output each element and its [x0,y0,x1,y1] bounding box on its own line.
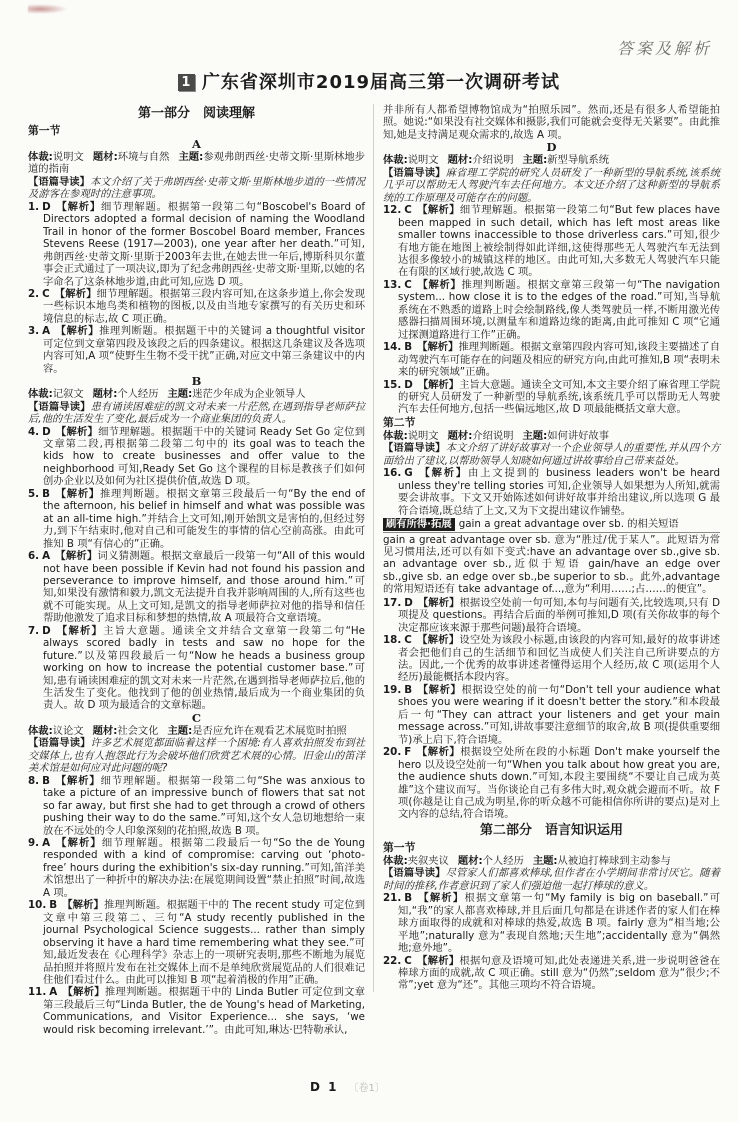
item-answer: A [49,986,57,998]
answer-book-page: 答案及解析 1广东省深圳市2019届高三第一次调研考试 第一部分 阅读理解 第一… [0,0,738,1122]
material-value: 环境与自然 [118,151,170,163]
item-number: 5. [28,488,39,500]
item-text: 推理判断题。根据题干中的 The recent study 可定位到文章中第三段… [43,899,365,986]
item-answer: B [42,775,50,787]
left-column: 第一部分 阅读理解 第一节 A 体裁:说明文题材:环境与自然主题:参观弗朗西丝·… [28,104,373,1036]
genre-value: 议论文 [53,725,84,737]
material-value: 社会文化 [117,725,158,737]
item-number: 13. [383,279,401,291]
theme-label: 主题: [168,725,193,737]
item-answer: C [42,288,50,300]
item-number: 4. [28,426,39,438]
theme-label: 主题: [523,154,548,166]
theme-label: 主题: [533,855,558,867]
item-number: 9. [28,837,39,849]
item-tag: 【解析】 [55,488,100,500]
passage-meta: 体裁:夹叙夹议题材:个人经历主题:从被迫打棒球到主动参与 [383,855,720,867]
subsection-heading: 第一节 [383,841,720,855]
item-answer: C [404,279,412,291]
answer-item-4: 4.D【解析】细节理解题。根据题干中的关键词 Ready Set Go 定位到文… [28,426,365,488]
item-number: 7. [28,625,39,637]
material-label: 题材: [93,151,118,163]
material-label: 题材: [448,430,473,442]
item-answer: D [42,625,51,637]
item-number: 3. [28,325,39,337]
item-tag: 【解析】 [418,467,468,479]
item-text: 主旨大意题。通读全文并结合文章第一段第二句“He always scored b… [43,625,365,712]
guide-label: 【语篇导读】 [28,737,91,749]
item-number: 18. [383,634,401,646]
item-number: 2. [28,288,39,300]
genre-label: 体裁: [28,388,53,400]
genre-label: 体裁: [28,725,53,737]
answer-item-16: 16.G【解析】由上文提到的 business leaders won't be… [383,467,720,517]
item-answer: D [42,426,51,438]
genre-label: 体裁: [383,154,408,166]
answer-item-8: 8.B【解析】细节理解题。根据第一段第二句“She was anxious to… [28,775,365,837]
passage-meta: 体裁:说明文题材:介绍说明主题:新型导航系统 [383,154,720,166]
guide-label: 【语篇导读】 [383,167,446,179]
item-tag: 【解析】 [417,634,460,646]
item-tag: 【解析】 [418,597,460,609]
item-tag: 【解析】 [418,379,459,391]
theme-value: 如何讲好故事 [547,430,609,442]
item-number: 22. [383,955,401,967]
item-number: 21. [383,892,401,904]
item-tag: 【解析】 [56,625,103,637]
passage-guide: 【语篇导读】患有诵读困难症的凯文对未来一片茫然,在遇到指导老师萨拉后,他的生活发… [28,401,365,426]
answer-item-17: 17.D【解析】根据设空处前一句可知,本句与问题有关,比较选项,只有 D 项提及… [383,597,720,634]
volume-label: 〔卷1〕 [349,1083,385,1094]
guide-label: 【语篇导读】 [383,867,446,879]
item-answer: B [404,684,412,696]
passage-guide: 【语篇导读】许多艺术展览都面临着这样一个困境:有人喜欢拍照发布到社交媒体上,也有… [28,737,365,774]
item-number: 12. [383,204,401,216]
genre-label: 体裁: [28,151,53,163]
item-number: 6. [28,550,39,562]
genre-value: 说明文 [408,154,439,166]
item-answer: A [42,550,50,562]
answer-item-7: 7.D【解析】主旨大意题。通读全文并结合文章第一段第二句“He always s… [28,625,365,712]
item-tag: 【解析】 [417,279,462,291]
passage-meta: 体裁:说明文题材:介绍说明主题:如何讲好故事 [383,430,720,442]
item-number: 14. [383,341,401,353]
theme-value: 新型导航系统 [547,154,609,166]
page-footer: D 1〔卷1〕 [310,1079,385,1094]
tip-header: 刷有所得·拓展gain a great advantage over sb. 的… [383,518,720,532]
item-number: 10. [28,899,46,911]
passage-guide: 【语篇导读】麻省理工学院的研究人员研发了一种新型的导航系统,该系统几乎可以帮助无… [383,167,720,204]
item-tag: 【解析】 [55,288,97,300]
item-answer: C [404,634,412,646]
item-tag: 【解析】 [417,684,461,696]
item-answer: B [404,341,412,353]
genre-value: 记叙文 [53,388,84,400]
genre-value: 说明文 [53,151,84,163]
answer-item-21: 21.B【解析】根据文章第一句“My family is big on base… [383,892,720,954]
passage-letter-a: A [28,138,365,151]
guide-label: 【语篇导读】 [383,442,446,454]
answer-item-22: 22.C【解析】根据句意及语境可知,此处表递进关系,进一步说明爸爸在棒球方面的成… [383,955,720,992]
item-tag: 【解析】 [55,775,101,787]
section-heading-part1: 第一部分 阅读理解 [28,105,365,122]
answer-item-6: 6.A【解析】词义猜测题。根据文章最后一段第一句“All of this wou… [28,550,365,625]
theme-label: 主题: [168,388,193,400]
genre-value: 说明文 [408,430,439,442]
item-answer: G [404,467,412,479]
item-number: 16. [383,467,401,479]
item-tag: 【解析】 [55,325,99,337]
answer-item-14: 14.B【解析】推理判断题。根据文章第四段内容可知,该段主要描述了自动驾驶汽车可… [383,341,720,378]
tip-body: gain a great advantage over sb. 意为“胜过/优于… [383,534,720,596]
item-answer: B [404,892,412,904]
tip-badge: 刷有所得·拓展 [383,518,455,531]
material-value: 个人经历 [483,855,524,867]
item-number: 11. [28,986,46,998]
answer-item-19: 19.B【解析】根据设空处的前一句“Don't tell your audien… [383,684,720,746]
item-answer: C [404,204,412,216]
section-heading-part2: 第二部分 语言知识运用 [383,822,720,839]
material-label: 题材: [448,154,473,166]
answer-item-9: 9.A【解析】细节理解题。根据第二段最后一句“So the de Young r… [28,837,365,899]
material-label: 题材: [93,388,118,400]
item-number: 17. [383,597,401,609]
material-value: 介绍说明 [472,154,513,166]
title-number-badge: 1 [178,74,195,91]
passage-guide: 【语篇导读】本文介绍了讲好故事对一个企业领导人的重要性,并从四个方面给出了建议,… [383,442,720,467]
scan-noise [28,4,68,14]
item-tag: 【解析】 [417,341,458,353]
item-tag: 【解析】 [56,426,98,438]
right-column: 并非所有人都希望博物馆成为“拍照乐园”。然而,还是有很多人希望能拍照。她说:“如… [373,104,720,992]
item-tag: 【解析】 [55,550,97,562]
two-column-body: 第一部分 阅读理解 第一节 A 体裁:说明文题材:环境与自然主题:参观弗朗西丝·… [28,104,720,1036]
subsection-heading: 第一节 [28,124,365,138]
item-answer: B [42,488,50,500]
item-number: 8. [28,775,39,787]
passage-letter-c: C [28,712,365,725]
answer-item-12: 12.C【解析】细节理解题。根据第一段第二句“But few places ha… [383,204,720,279]
passage-guide: 【语篇导读】本文介绍了关于弗朗西丝·史蒂文斯·里斯林地步道的一些情况及游客在参观… [28,176,365,201]
title-text: 广东省深圳市2019届高三第一次调研考试 [202,72,560,93]
answer-item-2: 2.C【解析】细节理解题。根据第三段内容可知,在这条步道上,你会发现一些标识本地… [28,288,365,325]
genre-value: 夹叙夹议 [408,855,449,867]
tip-title: gain a great advantage over sb. 的相关短语 [459,518,679,530]
genre-label: 体裁: [383,430,408,442]
answer-item-20: 20.F【解析】根据设空处所在段的小标题 Don't make yourself… [383,746,720,821]
theme-label: 主题: [523,430,548,442]
item-answer: D [404,379,413,391]
item-tag: 【解析】 [416,746,460,758]
item-number: 20. [383,746,401,758]
item-answer: A [42,837,50,849]
subsection-heading-2: 第二节 [383,416,720,430]
material-value: 介绍说明 [472,430,513,442]
item-answer: D [42,201,51,213]
passage-letter-d: D [383,141,720,154]
guide-label: 【语篇导读】 [28,176,90,188]
item-answer: D [404,597,413,609]
material-value: 个人经历 [117,388,158,400]
answer-item-15: 15.D【解析】主旨大意题。通读全文可知,本文主要介绍了麻省理工学院的研究人员研… [383,379,720,416]
item-tag: 【解析】 [417,955,460,967]
item-number: 19. [383,684,401,696]
item-tag: 【解析】 [417,892,464,904]
continued-paragraph: 并非所有人都希望博物馆成为“拍照乐园”。然而,还是有很多人希望能拍照。她说:“如… [383,104,720,141]
material-label: 题材: [93,725,118,737]
material-label: 题材: [458,855,483,867]
genre-label: 体裁: [383,855,408,867]
item-tag: 【解析】 [56,201,101,213]
answer-item-10: 10.B【解析】推理判断题。根据题干中的 The recent study 可定… [28,899,365,986]
extension-tip: 刷有所得·拓展gain a great advantage over sb. 的… [383,518,720,596]
answer-item-1: 1.D【解析】细节理解题。根据第一段第二句“Boscobel's Board o… [28,201,365,288]
item-answer: C [404,955,412,967]
item-answer: F [404,746,411,758]
passage-guide: 【语篇导读】尽管家人们都喜欢棒球,但作者在小学期间非常讨厌它。随着时间的推移,作… [383,867,720,892]
corner-label: 答案及解析 [617,36,712,59]
item-number: 1. [28,201,39,213]
theme-label: 主题: [178,151,203,163]
item-tag: 【解析】 [62,899,104,911]
answer-item-5: 5.B【解析】推理判断题。根据文章第三段最后一句“By the end of t… [28,488,365,550]
passage-letter-b: B [28,375,365,388]
item-answer: A [42,325,50,337]
item-tag: 【解析】 [417,204,460,216]
answer-item-13: 13.C【解析】推理判断题。根据文章第三段第一句“The navigation … [383,279,720,341]
theme-value: 从被迫打棒球到主动参与 [558,855,671,867]
passage-meta: 体裁:记叙文题材:个人经历主题:迷茫少年成为企业领导人 [28,388,365,400]
theme-value: 迷茫少年成为企业领导人 [192,388,305,400]
passage-meta: 体裁:议论文题材:社会文化主题:是否应允许在观看艺术展览时拍照 [28,725,365,737]
passage-meta: 体裁:说明文题材:环境与自然主题:参观弗朗西丝·史蒂文斯·里斯林地步道的指南 [28,151,365,176]
item-tag: 【解析】 [62,986,105,998]
item-text: 细节理解题。根据第一段第二句“Boscobel's Board of Direc… [43,201,365,288]
item-number: 15. [383,379,401,391]
item-tag: 【解析】 [55,837,102,849]
guide-label: 【语篇导读】 [28,401,91,413]
item-answer: B [49,899,57,911]
page-number: D 1 [310,1080,339,1094]
page-title: 1广东省深圳市2019届高三第一次调研考试 [0,68,738,94]
answer-item-18: 18.C【解析】设空处为该段小标题,由该段的内容可知,最好的故事讲述者会把他们自… [383,634,720,684]
answer-item-11: 11.A【解析】推理判断题。根据题干中的 Linda Butler 可定位到文章… [28,986,365,1036]
theme-value: 是否应允许在观看艺术展览时拍照 [192,725,346,737]
answer-item-3: 3.A【解析】推理判断题。根据题干中的关键词 a thoughtful visi… [28,325,365,375]
